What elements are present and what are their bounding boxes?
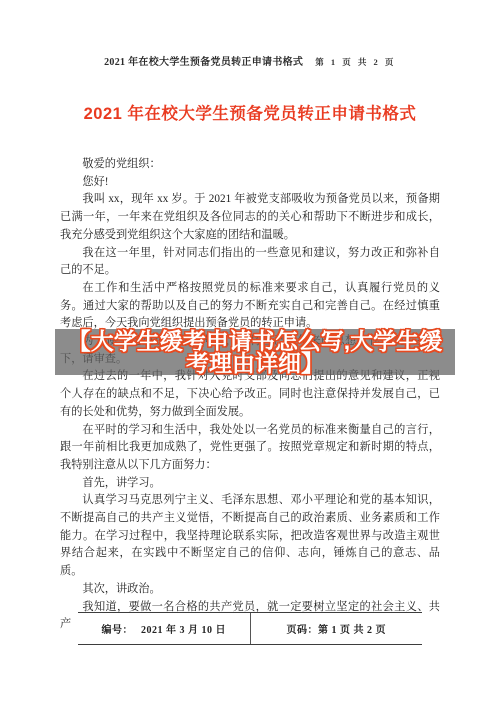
footer-page-value: 第 1 页 共 2 页 (318, 621, 386, 636)
body-paragraph: 在平时的学习和生活中，我处处以一名党员的标准来衡量自己的言行，跟一年前相比我更加… (60, 422, 440, 475)
body-paragraph: 在过去的一年中，我针对入党时支部及同志们提出的意见和建议，正视个人存在的缺点和不… (60, 368, 440, 421)
footer-number-cell: 编号： 2021 年 3 月 10 日 (78, 613, 251, 644)
document-body: 敬爱的党组织：您好!我叫 xx，现年 xx 岁。于 2021 年被党支部吸收为预… (60, 156, 440, 634)
watermark-text-line-2: 考理由详细】 (186, 352, 324, 375)
body-paragraph: 您好! (60, 174, 440, 192)
body-paragraph: 其次，讲政治。 (60, 581, 440, 599)
running-header: 2021 年在校大学生预备党员转正申请书格式 第 1 页 共 2 页 (0, 53, 500, 68)
running-header-title: 2021 年在校大学生预备党员转正申请书格式 (104, 53, 303, 68)
watermark-text-line-1: 【大学生缓考申请书怎么写,大学生缓 (68, 330, 442, 353)
document-page: 2021 年在校大学生预备党员转正申请书格式 第 1 页 共 2 页 2021 … (0, 0, 500, 707)
body-paragraph: 我叫 xx，现年 xx 岁。于 2021 年被党支部吸收为预备党员以来，预备期已… (60, 191, 440, 244)
body-paragraph: 我在这一年里，针对同志们指出的一些意见和建议，努力改正和弥补自己的不足。 (60, 245, 440, 280)
body-paragraph: 首先，讲学习。 (60, 475, 440, 493)
page-title: 2021 年在校大学生预备党员转正申请书格式 (0, 100, 500, 124)
body-paragraph: 在工作和生活中严格按照党员的标准来要求自己，认真履行党员的义务。通过大家的帮助以… (60, 280, 440, 333)
footer-number-value: 2021 年 3 月 10 日 (141, 621, 226, 636)
body-paragraph: 认真学习马克思列宁主义、毛泽东思想、邓小平理论和党的基本知识，不断提高自己的共产… (60, 492, 440, 581)
footer-page-label: 页码： (287, 621, 319, 636)
watermark-overlay-band: 【大学生缓考申请书怎么写,大学生缓 考理由详细】 (55, 329, 455, 375)
footer-info-bar: 编号： 2021 年 3 月 10 日 页码： 第 1 页 共 2 页 (78, 612, 422, 645)
body-paragraph: 敬爱的党组织： (60, 156, 440, 174)
footer-page-cell: 页码： 第 1 页 共 2 页 (251, 613, 423, 644)
running-header-page-indicator: 第 1 页 共 2 页 (315, 56, 396, 68)
footer-number-label: 编号： (102, 621, 134, 636)
